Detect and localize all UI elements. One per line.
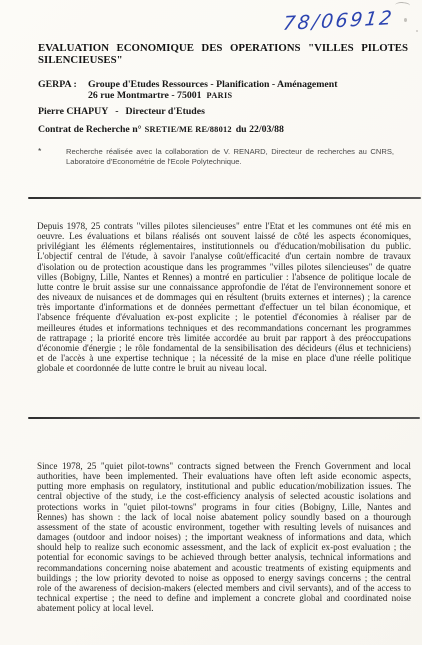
horizontal-rule-middle [28,417,420,419]
document-title-line-1: EVALUATION ECONOMIQUE DES OPERATIONS "VI… [38,43,408,55]
horizontal-rule-top [28,197,421,199]
author-separator: - [115,106,118,117]
scan-artifact-dot [404,18,407,22]
organization-label: GERPA : [38,79,88,101]
contract-number: SRETIE/ME RE/88012 [145,125,232,134]
scan-artifact-dot [416,30,418,32]
contract-date: du 22/03/88 [236,124,284,135]
organization-name: Groupe d'Etudes Ressources - Planificati… [88,79,337,90]
abstract-english: Since 1978, 25 "quiet pilot-towns" contr… [37,461,411,613]
author-role: Directeur d'Etudes [126,106,205,117]
footnote: * Recherche réalisée avec la collaborati… [38,147,394,166]
document-title-line-2: SILENCIEUSES" [38,55,408,67]
author-name: Pierre CHAPUY [38,106,108,117]
organization-street: 26 rue Montmartre - 75001 [88,90,202,101]
contract-prefix: Contrat de Recherche n° [38,124,142,135]
scan-artifact-squiggle [395,1,411,10]
author-line: Pierre CHAPUY-Directeur d'Etudes [38,106,205,117]
scanned-document-page: 78/06912 EVALUATION ECONOMIQUE DES OPERA… [0,0,422,645]
contract-line: Contrat de Recherche n°SRETIE/ME RE/8801… [38,124,284,135]
organization-city: PARIS [207,91,233,100]
organization-block: GERPA : Groupe d'Etudes Ressources - Pla… [38,79,410,101]
organization-details: Groupe d'Etudes Ressources - Planificati… [88,79,337,101]
footnote-marker: * [38,147,66,166]
handwritten-reference-number: 78/06912 [282,7,396,35]
abstract-french: Depuis 1978, 25 contrats "villes pilotes… [37,221,411,373]
footnote-text: Recherche réalisée avec la collaboration… [66,147,394,166]
document-title: EVALUATION ECONOMIQUE DES OPERATIONS "VI… [38,43,408,66]
